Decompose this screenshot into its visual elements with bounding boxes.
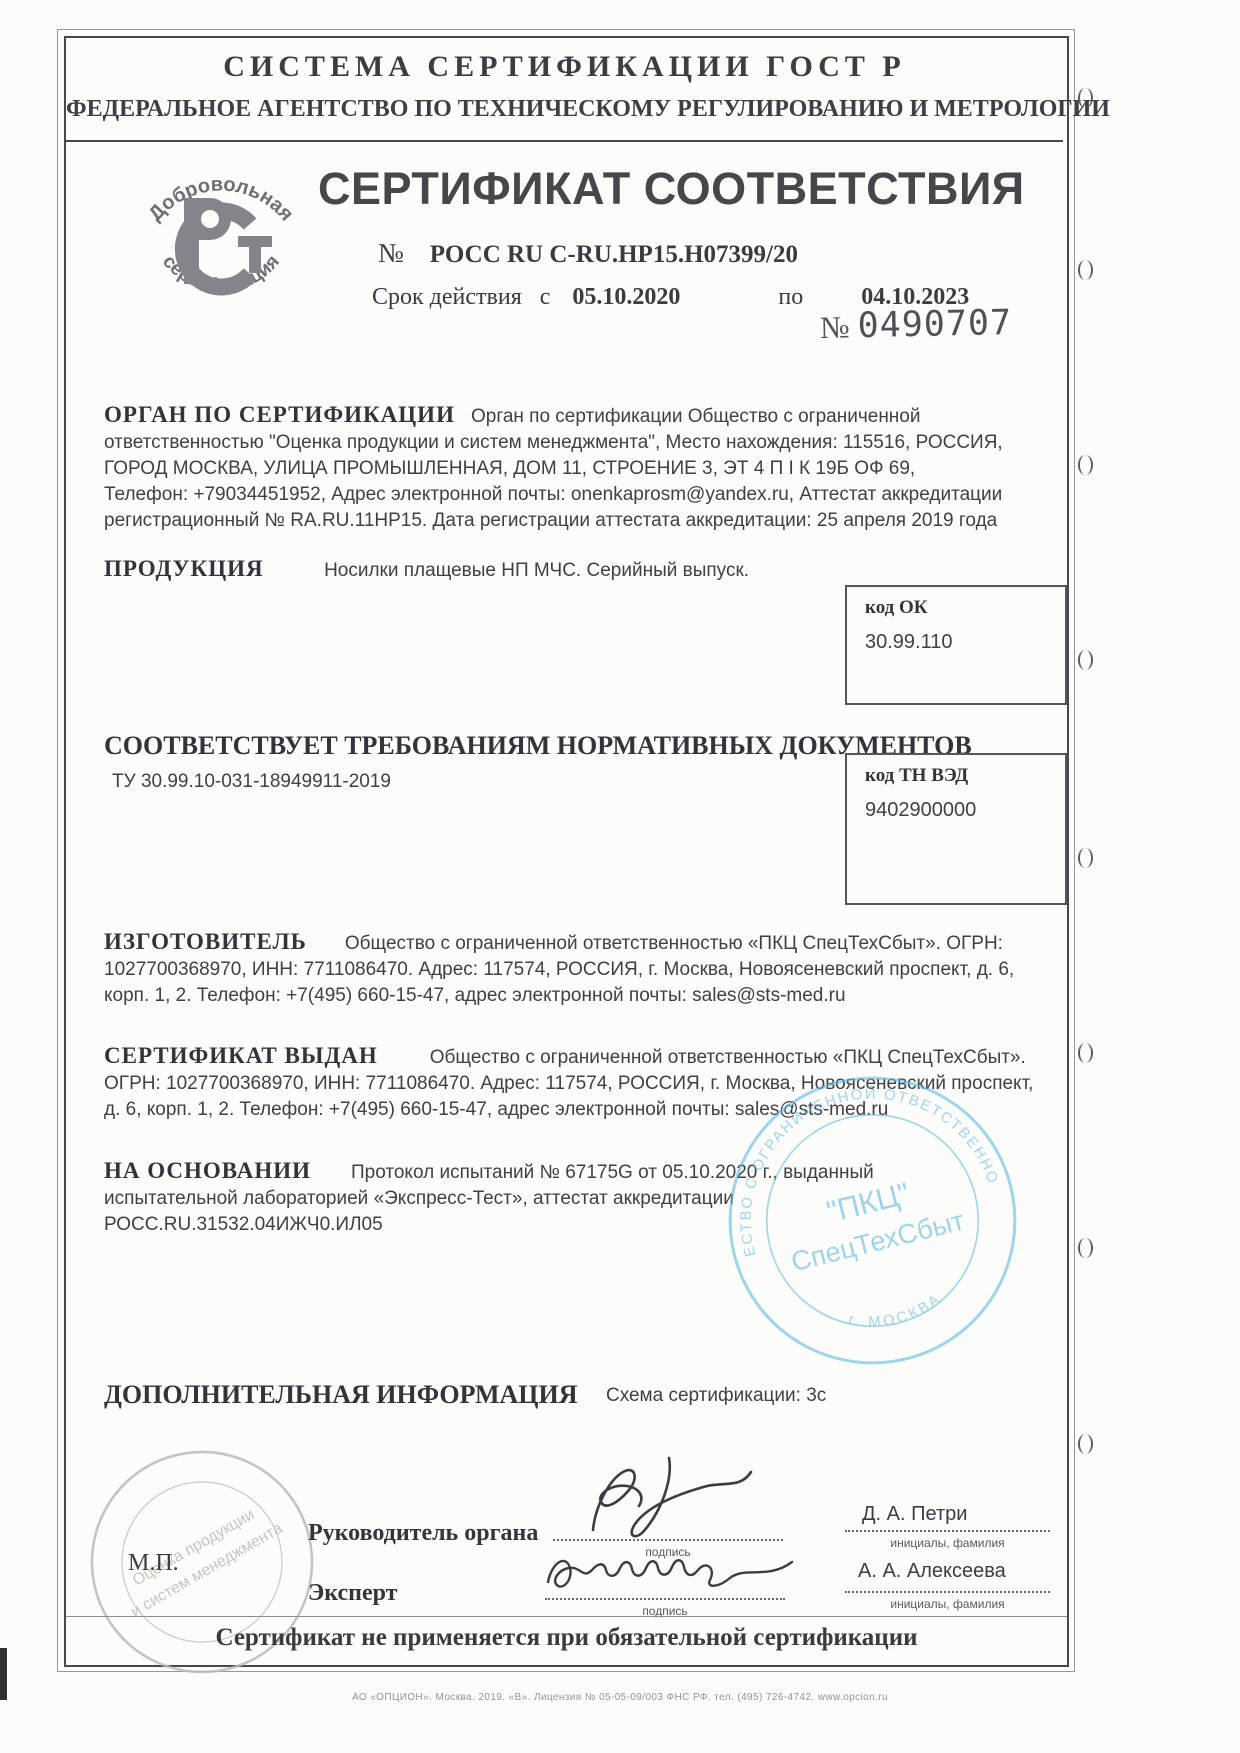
- expert-role-label: Эксперт: [308, 1580, 397, 1607]
- certificate-number-row: №РОСС RU C-RU.НР15.Н07399/20: [378, 238, 798, 269]
- conforms-text: ТУ 30.99.10-031-18949911-2019: [112, 769, 391, 795]
- binding-mark: [1078, 1238, 1093, 1258]
- issued-to-label: СЕРТИФИКАТ ВЫДАН: [104, 1043, 378, 1068]
- product-text: Носилки плащевые НП МЧС. Серийный выпуск…: [324, 560, 749, 581]
- footer-note: Сертификат не применяется при обязательн…: [66, 1624, 1067, 1652]
- blank-number-digits: 0490707: [857, 303, 1012, 346]
- rst-logo-icon: Добровольная сертификация: [126, 150, 316, 340]
- blank-number-sign: №: [820, 309, 850, 345]
- certification-body-label: ОРГАН ПО СЕРТИФИКАЦИИ: [104, 402, 455, 427]
- manufacturer-label: ИЗГОТОВИТЕЛЬ: [104, 929, 307, 954]
- stamp-ring-bottom-text: г. МОСКВА: [844, 1289, 949, 1340]
- certificate-number: РОСС RU C-RU.НР15.Н07399/20: [430, 241, 798, 268]
- stamp-place-label: М.П.: [128, 1550, 179, 1577]
- ok-code-box: код ОК 30.99.110: [845, 585, 1067, 705]
- binding-mark: [1078, 260, 1093, 280]
- expert-signature-line: [545, 1598, 785, 1600]
- head-name: Д. А. Петри: [862, 1503, 967, 1526]
- number-sign: №: [378, 238, 404, 268]
- additional-info-label: ДОПОЛНИТЕЛЬНАЯ ИНФОРМАЦИЯ: [104, 1380, 578, 1409]
- validity-from-label: с: [540, 284, 551, 310]
- agency-header: ФЕДЕРАЛЬНОЕ АГЕНТСТВО ПО ТЕХНИЧЕСКОМУ РЕ…: [66, 96, 1063, 123]
- basis-label: НА ОСНОВАНИИ: [104, 1158, 311, 1183]
- additional-info-section: ДОПОЛНИТЕЛЬНАЯ ИНФОРМАЦИЯ Схема сертифик…: [104, 1380, 826, 1410]
- system-header: СИСТЕМА СЕРТИФИКАЦИИ ГОСТ Р: [66, 50, 1063, 84]
- tnved-code-box: код ТН ВЭД 9402900000: [845, 753, 1067, 905]
- expert-name-caption: инициалы, фамилия: [845, 1597, 1050, 1611]
- blank-number: №0490707: [820, 303, 1013, 347]
- header-divider: [66, 140, 1063, 142]
- head-role-label: Руководитель органа: [308, 1520, 538, 1547]
- product-section: ПРОДУКЦИЯ Носилки плащевые НП МЧС. Серий…: [104, 556, 749, 584]
- certificate-page: СИСТЕМА СЕРТИФИКАЦИИ ГОСТ Р ФЕДЕРАЛЬНОЕ …: [0, 0, 1240, 1753]
- validity-from-date: 05.10.2020: [572, 284, 680, 310]
- binding-mark: [1078, 1043, 1093, 1063]
- conforms-label: СООТВЕТСТВУЕТ ТРЕБОВАНИЯМ НОРМАТИВНЫХ ДО…: [104, 731, 972, 761]
- binding-mark: [1078, 455, 1093, 475]
- binding-mark: [1078, 88, 1093, 108]
- validity-label: Срок действия: [372, 284, 522, 310]
- product-label: ПРОДУКЦИЯ: [104, 556, 264, 581]
- tnved-code-value: 9402900000: [865, 799, 976, 822]
- ok-code-value: 30.99.110: [865, 631, 953, 654]
- additional-info-text: Схема сертификации: 3с: [606, 1385, 826, 1406]
- binding-mark: [1078, 848, 1093, 868]
- validity-to-label: по: [778, 284, 803, 310]
- manufacturer-section: ИЗГОТОВИТЕЛЬОбщество с ограниченной отве…: [104, 929, 1046, 1009]
- binding-mark: [1078, 650, 1093, 670]
- expert-name-line: [845, 1591, 1050, 1593]
- binding-mark: [1078, 1434, 1093, 1454]
- head-signature: [565, 1452, 780, 1547]
- certificate-title: СЕРТИФИКАТ СООТВЕТСТВИЯ: [318, 163, 1025, 215]
- svg-text:г. МОСКВА: г. МОСКВА: [844, 1289, 949, 1340]
- print-house-line: АО «ОПЦИОН». Москва. 2019. «В». Лицензия…: [0, 1692, 1240, 1703]
- head-name-caption: инициалы, фамилия: [845, 1536, 1050, 1550]
- expert-name: А. А. Алексеева: [858, 1560, 1006, 1583]
- head-name-line: [845, 1530, 1050, 1532]
- certification-body-section: ОРГАН ПО СЕРТИФИКАЦИИОрган по сертификац…: [104, 402, 1004, 534]
- note-divider: [66, 1616, 1067, 1617]
- tnved-code-label: код ТН ВЭД: [865, 765, 968, 787]
- ok-code-label: код ОК: [865, 597, 928, 619]
